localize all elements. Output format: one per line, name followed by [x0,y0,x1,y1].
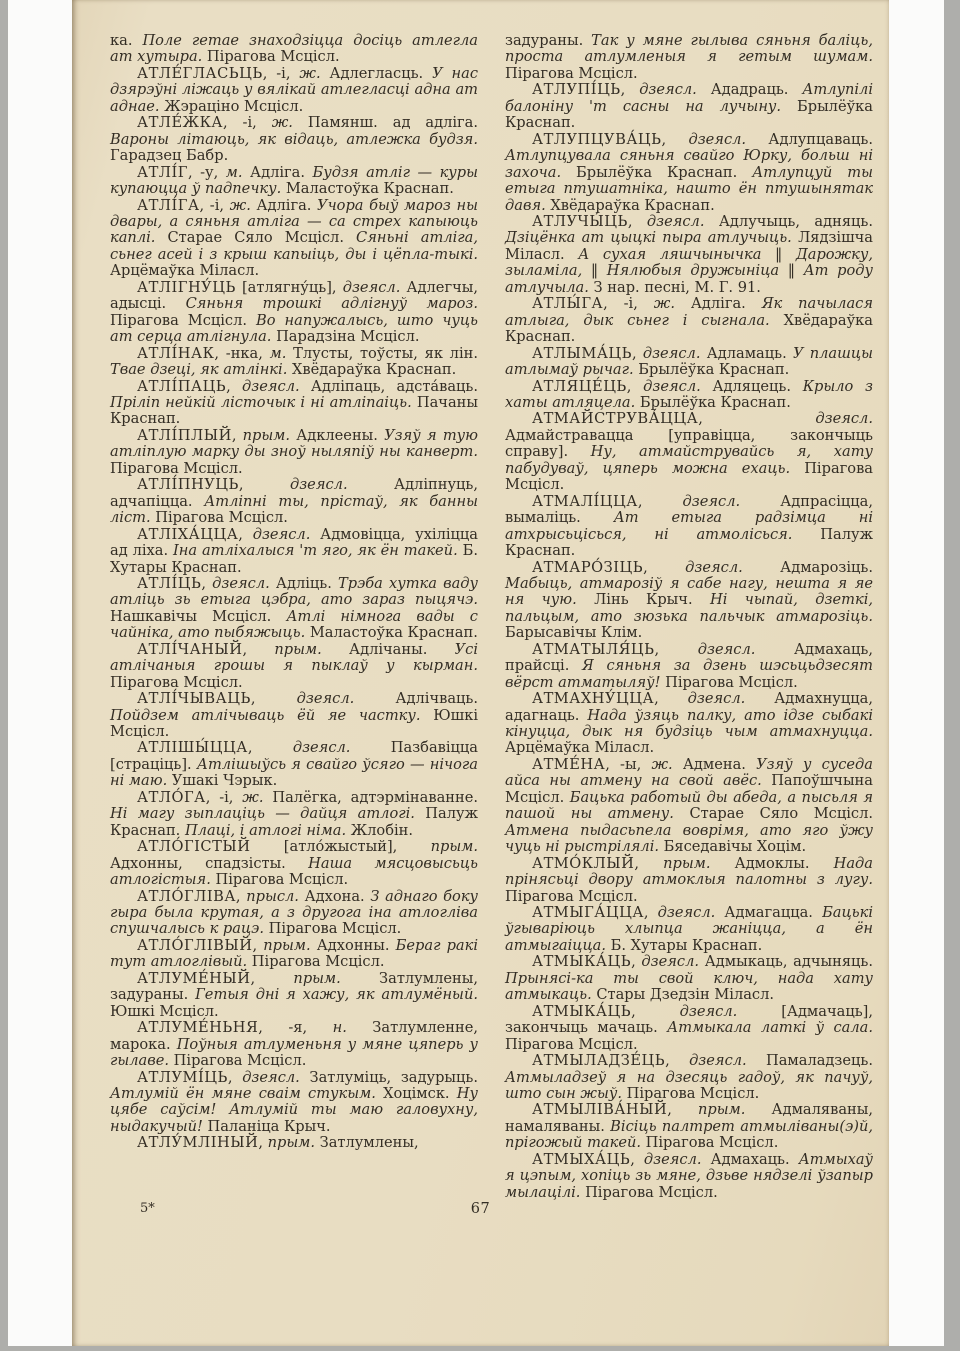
plain-text: , [621,81,640,98]
headword: АТМО́КЛЫЙ [532,855,634,872]
example-text: м. [226,164,243,181]
plain-text: , -і, [223,114,272,131]
dictionary-entry: АТЛІ́ЦЬ, дзеясл. Адліць. Трэба хутка вад… [110,576,478,642]
plain-text: , [630,1151,644,1168]
plain-text: Адклеены. [290,427,384,444]
plain-text: , [232,427,243,444]
headword: АТЛУМІ́ЦЬ [137,1069,228,1086]
plain-text: Затлуміць, задурыць. [300,1069,478,1086]
plain-text: задураны. [505,32,591,49]
example-text: дзеясл. [293,739,351,756]
plain-text: Пірагова Мсцісл. [252,953,385,970]
plain-text: , [238,526,252,543]
example-text: Атмыкала латкі ў сала. [667,1019,873,1036]
right-column: задураны. Так у мяне гылыва сяньня баліц… [505,33,873,1201]
headword: АТЛІ́Г [137,164,188,181]
example-text: Плаці, і атлогі німа. [185,822,351,839]
plain-text: [атло́жыстый], [250,838,430,855]
headword: АТМАТЫЛЯ́ЦЬ [532,641,655,658]
plain-text: Пірагова Мсцісл. [269,920,402,937]
dictionary-entry: АТЛІ́НАК, -нка, м. Тлусты, тоўсты, як лі… [110,346,478,379]
plain-text: Пірагова Мсцісл. [207,48,340,65]
dictionary-entry: АТЛО́ГЛІВА, прысл. Адхона. З аднаго боку… [110,889,478,938]
example-text: ж. [654,295,675,312]
headword: АТМЫЛАДЗЕ́ЦЬ [532,1052,665,1069]
dictionary-entry: АТЛІ́ЧАНЫЙ, прым. Адлічаны. Усі атлічаны… [110,642,478,691]
dictionary-entry: АТЛЕ́ГЛАСЬЦЬ, -і, ж. Адлегласць. У нас д… [110,66,478,115]
headword: АТЛЯЦЕ́ЦЬ [532,378,627,395]
plain-text: Арцёмаўка Міласл. [505,739,654,756]
example-text: прым. [293,970,340,987]
plain-text: , [667,1101,698,1118]
plain-text: Маластоўка Краснап. [286,180,454,197]
plain-text: , [634,855,663,872]
headword: АТМЕ́НА [532,756,605,773]
plain-text: Памаладзець. [747,1052,873,1069]
example-text: прым. [698,1101,745,1118]
dictionary-entry: АТЛУПЦУВА́ЦЬ, дзеясл. Адлупцаваць. Атлуп… [505,132,873,214]
example-text: дзеясл. [242,1069,300,1086]
plain-text: Адліга. [251,197,317,214]
plain-text: Памянш. ад адліга. [293,114,478,131]
plain-text: , [236,888,246,905]
plain-text: , [698,410,815,427]
dictionary-entry: АТЛУМЕ́НЫЙ, прым. Затлумлены, задураны. … [110,971,478,1020]
plain-text: Старае Сяло Мсцісл. [168,229,357,246]
example-text: Дзіцёнка ат цыцкі пыра атлучыць. [505,229,798,246]
plain-text: Адмахаць. [702,1151,799,1168]
dictionary-entry: АТЛІ́ЧЫВАЦЬ, дзеясл. Адлічваць. Пойдзем … [110,691,478,740]
example-text: прым. [243,427,290,444]
entry-continuation: задураны. Так у мяне гылыва сяньня баліц… [505,33,873,82]
example-text: дзеясл. [639,81,697,98]
dictionary-entry: АТЛУМІ́ЦЬ, дзеясл. Затлуміць, задурыць. … [110,1070,478,1136]
dictionary-entry: АТЛІХА́ЦЦА, дзеясл. Адмовіцца, ухіліцца … [110,527,478,576]
dictionary-entry: АТМЫЛАДЗЕ́ЦЬ, дзеясл. Памаладзець. Атмыл… [505,1053,873,1102]
example-text: дзеясл. [290,476,348,493]
example-text: дзеясл. [343,279,401,296]
page-number: 67 [72,1201,889,1217]
example-text: ж. [299,65,320,82]
plain-text: Адліпаць, адста́ваць. [300,378,478,395]
headword: АТЛЕ́ЖКА [137,114,223,131]
example-text: дзеясл. [685,559,743,576]
plain-text: Барысавічы Клім. [505,624,642,641]
plain-text: [атлягну́ць], [236,279,343,296]
plain-text: Адлічваць. [354,690,478,707]
dictionary-entry: АТМАРО́ЗІЦЬ, дзеясл. Адмарозіць. Мабыць,… [505,560,873,642]
plain-text: , [251,690,297,707]
plain-text: , [239,476,290,493]
dictionary-entry: АТЛІГНУ́ЦЬ [атлягну́ць], дзеясл. Адлегчы… [110,280,478,346]
plain-text: , [248,739,293,756]
example-text: дзеясл. [815,410,873,427]
plain-text: , -і, [603,295,654,312]
page-footer: 5* 67 [72,1201,889,1221]
dictionary-entry: АТЛЯЦЕ́ЦЬ, дзеясл. Адляцець. Крыло з хат… [505,379,873,412]
headword: АТМЫГА́ЦЦА [532,904,644,921]
plain-text: Пірагова Мсцісл. [646,1134,779,1151]
dictionary-entry: АТЛЕ́ЖКА, -і, ж. Памянш. ад адліга. Варо… [110,115,478,164]
plain-text: Старае Сяло Мсцісл. [689,805,873,822]
dictionary-entry: АТМАХНУ́ЦЦА, дзеясл. Адмахнуцца, адагнац… [505,691,873,757]
example-text: дзеясл. [643,345,701,362]
example-text: Атлумій ён мяне сваім стукым. [110,1085,383,1102]
dictionary-entry: АТЛІ́ПНУЦЬ, дзеясл. Адліпнуць, адчапіцца… [110,477,478,526]
headword: АТЛУПІ́ЦЬ [532,81,621,98]
plain-text: Пірагова Мсцісл. [110,674,243,691]
headword: АТЛУ́МЛІНЫЙ [137,1134,258,1151]
headword: АТМАРО́ЗІЦЬ [532,559,643,576]
example-text: ж. [651,756,672,773]
dictionary-entry: АТЛІ́ПЛЫЙ, прым. Адклеены. Узяў я тую ат… [110,428,478,477]
text-area: ка. Поле гетае знаходзіцца досіць атлегл… [110,33,874,1201]
plain-text: , [638,493,683,510]
headword: АТЛО́ГА [137,789,206,806]
headword: АТЛІШЫ́ЦЦА [137,739,248,756]
dictionary-entry: АТЛУМЕ́НЬНЯ, -я, н. Затлумленне, марока.… [110,1020,478,1069]
headword: АТЛІ́ПНУЦЬ [137,476,239,493]
headword: АТЛЫ́ГА [532,295,603,312]
plain-text: Тлусты, тоўсты, як лін. [286,345,478,362]
plain-text: Адмыкаць, адчыняць. [699,953,873,970]
headword: АТЛО́ГЛІВА [137,888,236,905]
plain-text: Хвёдараўка Краснап. [292,361,456,378]
example-text: дзеясл. [658,904,716,921]
plain-text: , [258,1134,267,1151]
plain-text: Пірагова Мсцісл. [110,460,243,477]
plain-text: Адліць. [270,575,338,592]
headword: АТЛІ́ПАЦЬ [137,378,226,395]
plain-text: , [643,559,685,576]
example-text: дзеясл. [680,1003,738,1020]
plain-text: , [644,904,658,921]
plain-text: Пірагова Мсцісл. [505,1036,638,1053]
plain-text: , -я, [258,1019,332,1036]
example-text: дзеясл. [643,378,701,395]
plain-text: , -нка, [214,345,269,362]
plain-text: , [631,953,641,970]
plain-text: Бяседавічы Хоцім. [664,838,806,855]
plain-text: Затлумлены, [315,1134,419,1151]
example-text: дзеясл. [688,690,746,707]
headword: АТМЫЛІВА́НЫЙ [532,1101,667,1118]
plain-text: , [228,1069,242,1086]
plain-text: Адліга. [243,164,313,181]
example-text: дзеясл. [698,641,756,658]
example-text: дзеясл. [297,690,355,707]
plain-text: Пірагова Мсцісл. [216,871,349,888]
plain-text: Парадзіна Мсцісл. [276,328,419,345]
plain-text: Палёгка, адтэрмінаванне. [264,789,479,806]
plain-text: , [627,378,643,395]
example-text: дзеясл. [253,526,311,543]
dictionary-entry: АТЛУПІ́ЦЬ, дзеясл. Ададраць. Атлупілі ба… [505,82,873,131]
dictionary-entry: АТЛО́ГА, -і, ж. Палёгка, адтэрмінаванне.… [110,790,478,839]
headword: АТЛІ́ГА [137,197,200,214]
plain-text: Хоцімск. [383,1085,457,1102]
example-text: дзеясл. [242,378,300,395]
plain-text: , -і, [200,197,230,214]
plain-text: Хвёдараўка Краснап. [550,197,714,214]
plain-text: Адламаць. [700,345,792,362]
example-text: Іна атліхалыся 'т яго, як ён такей. [173,542,463,559]
plain-text: , [655,641,698,658]
plain-text: Пірагова Мсцісл. [174,1052,307,1069]
headword: АТМЫХА́ЦЬ [532,1151,630,1168]
plain-text: Ушакі Чэрык. [172,772,277,789]
plain-text: , [631,1003,680,1020]
headword: АТЛУМЕ́НЫЙ [137,970,251,987]
headword: АТМАЙСТРУВА́ЦЦА [532,410,698,427]
dictionary-entry: АТМАЛІ́ЦЦА, дзеясл. Адпрасіцца, вымаліць… [505,494,873,560]
headword: АТЛЕ́ГЛАСЬЦЬ [137,65,263,82]
headword: АТЛУПЦУВА́ЦЬ [532,131,661,148]
dictionary-entry: АТМЫЛІВА́НЫЙ, прым. Адмаляваны, намалява… [505,1102,873,1151]
plain-text: Паланіца Крыч. [208,1118,331,1135]
example-text: ж. [242,789,263,806]
example-text: дзеясл. [683,493,741,510]
example-text: Пріліп нейкій лісточык і ні атліпаіць. [110,394,417,411]
dictionary-entry: АТЛЫМА́ЦЬ, дзеясл. Адламаць. У плашцы ат… [505,346,873,379]
plain-text: Пірагова Мсцісл. [665,674,798,691]
example-text: прым. [663,855,710,872]
plain-text: Брылёўка Краснап. [638,361,789,378]
example-text: прым. [268,1134,315,1151]
plain-text: , [654,690,688,707]
plain-text: , [628,213,647,230]
example-text: Ні магу зыплаціць — дайця атлогі. [110,805,425,822]
plain-text: Адляцець. [701,378,803,395]
dictionary-entry: АТМАТЫЛЯ́ЦЬ, дзеясл. Адмахаць, прайсці. … [505,642,873,691]
dictionary-entry: АТЛУ́МЛІНЫЙ, прым. Затлумлены, [110,1135,478,1151]
plain-text: ка. [110,32,142,49]
plain-text: Лінь Крыч. [594,591,710,608]
example-text: н. [333,1019,347,1036]
plain-text: Адмоклы. [711,855,834,872]
example-text: м. [270,345,287,362]
dictionary-entry: АТЛО́ГІСТЫЙ [атло́жыстый], прым. Адхонны… [110,839,478,888]
left-column: ка. Поле гетае знаходзіцца досіць атлегл… [110,33,478,1201]
plain-text: , -ы, [605,756,651,773]
headword: АТЛО́ГІСТЫЙ [137,838,250,855]
example-text: дзеясл. [212,575,270,592]
dictionary-entry: АТЛІ́ПАЦЬ, дзеясл. Адліпаць, адста́ваць.… [110,379,478,428]
plain-text: Адхонны. [311,937,396,954]
headword: АТМЫКА́ЦЬ [532,1003,631,1020]
headword: АТЛО́ГЛІВЫЙ [137,937,252,954]
plain-text: Адлучыць, адняць. [704,213,873,230]
dictionary-entry: АТМЕ́НА, -ы, ж. Адмена. Узяў у суседа ай… [505,757,873,856]
plain-text: Пірагова Мсцісл. [155,509,288,526]
plain-text: Гарадзец Бабр. [110,147,228,164]
dictionary-page: ка. Поле гетае знаходзіцца досіць атлегл… [72,0,889,1346]
plain-text: Пірагова Мсцісл. [505,888,638,905]
headword: АТЛІГНУ́ЦЬ [137,279,236,296]
plain-text: , [632,345,643,362]
plain-text: , [661,131,688,148]
example-text: дзеясл. [641,953,699,970]
plain-text: , -і, [263,65,300,82]
example-text: Твае дзеці, як атлінкі. [110,361,292,378]
headword: АТМЫКА́ЦЬ [532,953,631,970]
dictionary-entry: АТМО́КЛЫЙ, прым. Адмоклы. Нада прінясьці… [505,856,873,905]
plain-text: , [665,1052,689,1069]
dictionary-entry: АТЛО́ГЛІВЫЙ, прым. Адхонны. Бераг ракі т… [110,938,478,971]
dictionary-entry: АТМЫХА́ЦЬ, дзеясл. Адмахаць. Атмыхаў я ц… [505,1152,873,1201]
plain-text: Адліга. [675,295,762,312]
dictionary-entry: АТМЫКА́ЦЬ, дзеясл. Адмыкаць, адчыняць. П… [505,954,873,1003]
plain-text: Адмарозіць. [743,559,873,576]
example-text: Вароны літаюць, як відаць, атлежка будзя… [110,131,478,148]
plain-text: Брылёўка Краснап. [640,394,791,411]
example-text: ж. [272,114,293,131]
plain-text: Пірагова Мсцісл. [110,312,256,329]
example-text: Гетыя дні я хажу, як атлумёный. [195,986,478,1003]
entry-continuation: ка. Поле гетае знаходзіцца досіць атлегл… [110,33,478,66]
plain-text: З нар. песні, М. Г. 91. [594,279,761,296]
example-text: прысл. [246,888,299,905]
dictionary-entry: АТМЫГА́ЦЦА, дзеясл. Адмагацца. Бацькі ўг… [505,905,873,954]
plain-text: Брылёўка Краснап. [576,164,752,181]
plain-text: Адлічаны. [322,641,455,658]
headword: АТЛЫМА́ЦЬ [532,345,632,362]
example-text: Пойдзем атлічываць ёй яе частку. [110,707,433,724]
plain-text: Стары Дзедзін Міласл. [596,986,774,1003]
dictionary-entry: АТЛІ́Г, -у, м. Адліга. Будзя атліг — кур… [110,165,478,198]
plain-text: Адхонны, спадзісты. [110,855,308,872]
dictionary-entry: АТЛІШЫ́ЦЦА, дзеясл. Пазбавіцца [страціць… [110,740,478,789]
headword: АТЛУЧЫ́ЦЬ [532,213,628,230]
plain-text: Б. Хутары Краснап. [611,937,763,954]
plain-text: Жлобін. [351,822,413,839]
plain-text: , [201,575,212,592]
example-text: дзеясл. [689,1052,747,1069]
dictionary-entry: АТЛУЧЫ́ЦЬ, дзеясл. Адлучыць, адняць. Дзі… [505,214,873,296]
plain-text: Нашкавічы Мсцісл. [110,608,286,625]
headword: АТЛІХА́ЦЦА [137,526,238,543]
headword: АТЛІ́НАК [137,345,214,362]
headword: АТМАЛІ́ЦЦА [532,493,638,510]
plain-text: Адмена. [673,756,756,773]
plain-text: , -і, [206,789,243,806]
example-text: дзеясл. [647,213,705,230]
example-text: Сяньня трошкі адлігнуў мароз. [186,295,478,312]
plain-text: , [251,970,294,987]
example-text: дзеясл. [644,1151,702,1168]
headword: АТМАХНУ́ЦЦА [532,690,654,707]
headword: АТЛІ́ЦЬ [137,575,201,592]
plain-text: Жэраціно Мсцісл. [164,98,303,115]
dictionary-entry: АТМАЙСТРУВА́ЦЦА, дзеясл. Адмайстравацца … [505,411,873,493]
example-text: прым. [263,937,310,954]
plain-text: , [226,378,242,395]
plain-text: Пірагова Мсцісл. [585,1184,718,1201]
dictionary-entry: АТМЫКА́ЦЬ, дзеясл. [Адмачаць], закончыць… [505,1004,873,1053]
plain-text: Пірагова Мсцісл. [505,65,638,82]
plain-text: Пірагова Мсцісл. [627,1085,760,1102]
plain-text: Маластоўка Краснап. [310,624,478,641]
plain-text: Адхона. [299,888,370,905]
plain-text: Юшкі Мсцісл. [110,1003,219,1020]
example-text: прым. [431,838,478,855]
plain-text: Адлегласць. [321,65,432,82]
headword: АТЛУМЕ́НЬНЯ [137,1019,258,1036]
plain-text: , [242,641,274,658]
example-text: ж. [230,197,251,214]
plain-text: Адлупцаваць. [746,131,873,148]
dictionary-entry: АТЛІ́ГА, -і, ж. Адліга. Учора быў мароз … [110,198,478,280]
plain-text: Адмагацца. [715,904,822,921]
plain-text: , [252,937,263,954]
headword: АТЛІ́ПЛЫЙ [137,427,232,444]
headword: АТЛІ́ЧЫВАЦЬ [137,690,251,707]
dictionary-entry: АТЛЫ́ГА, -і, ж. Адліга. Як пачылася атлы… [505,296,873,345]
plain-text: Ададраць. [697,81,803,98]
plain-text: Арцёмаўка Міласл. [110,262,259,279]
headword: АТЛІ́ЧАНЫЙ [137,641,242,658]
example-text: прым. [274,641,321,658]
plain-text: , -у, [188,164,226,181]
example-text: дзеясл. [688,131,746,148]
